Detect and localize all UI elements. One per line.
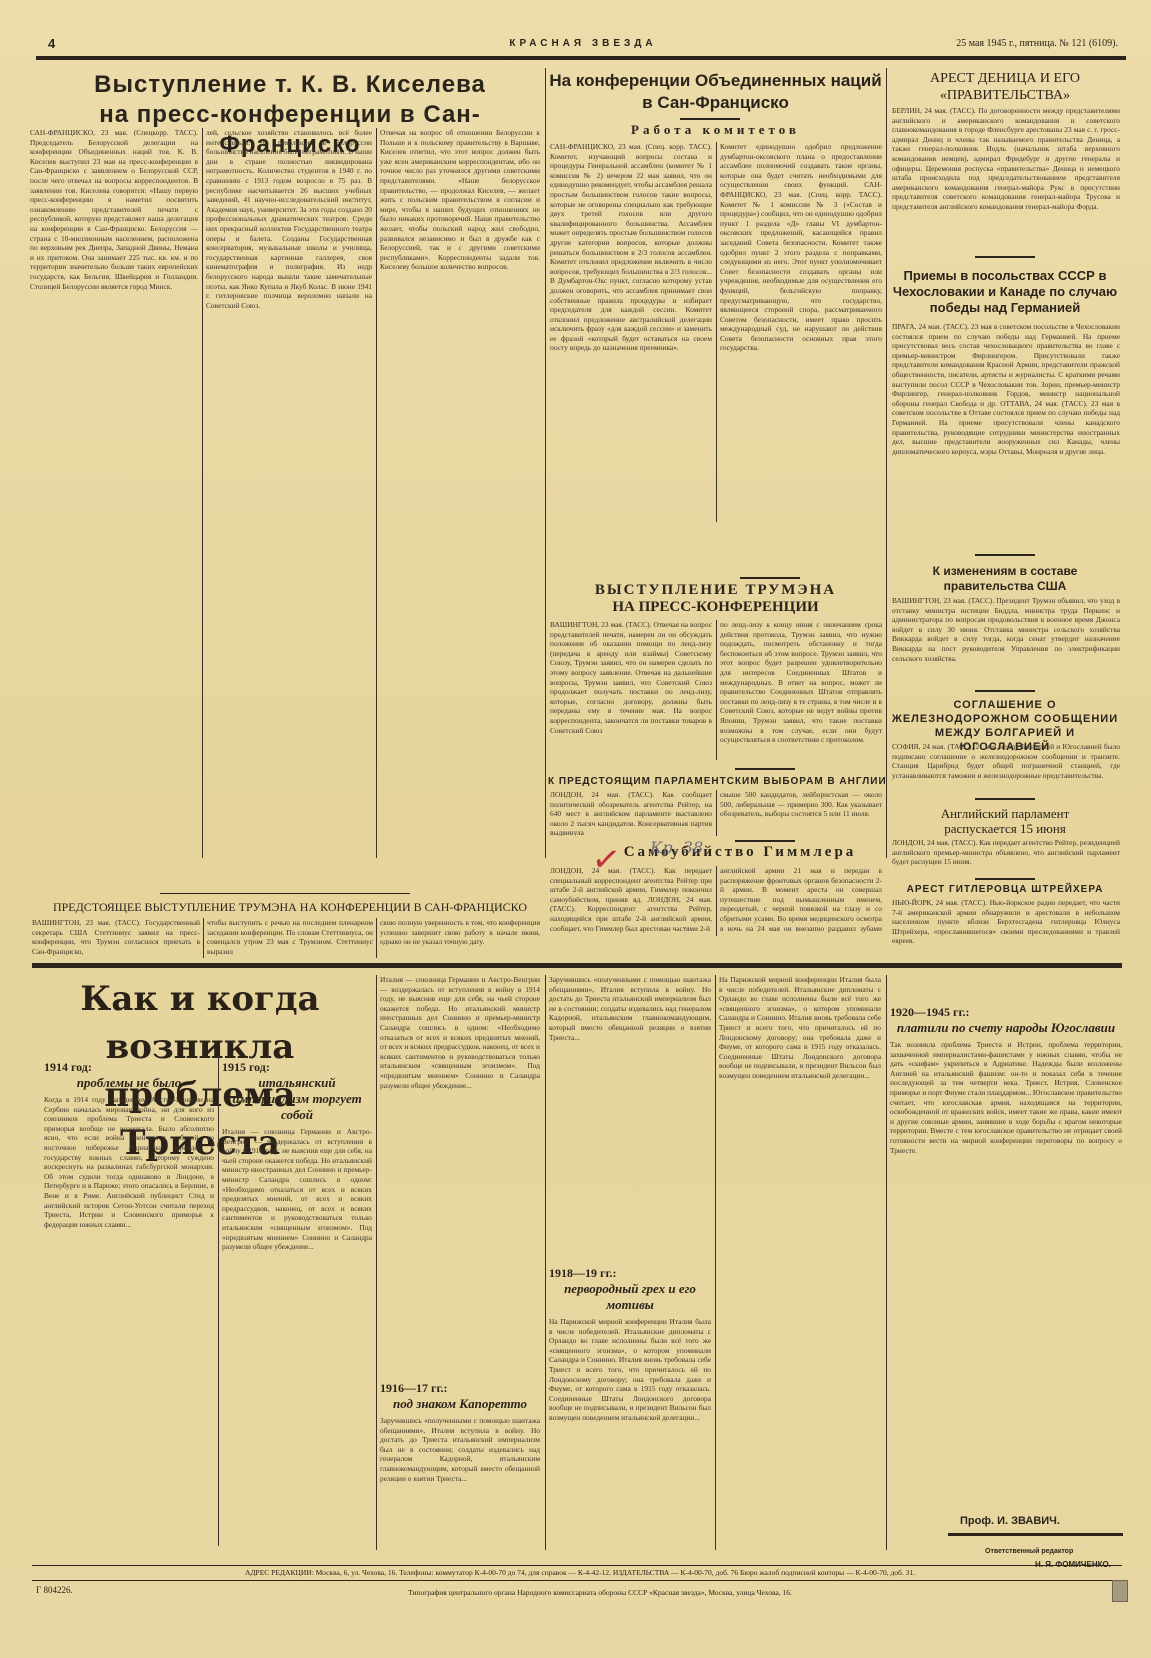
denitz-body: БЕРЛИН, 24 мая. (ТАСС). По договоренност… [892,106,1120,246]
headline-line: в Сан-Франциско [548,92,883,114]
section-year: 1914 год: [44,1060,214,1075]
headline-line: Выступление т. К. В. Киселева [30,70,550,100]
footer-rule [32,1565,1122,1566]
column-divider [886,68,887,858]
section-heading: проблемы не было [44,1075,214,1091]
section-year: 1918—19 гг.: [549,1266,711,1281]
section-heading: итальянский империализм торгует собой [222,1075,372,1123]
section-body: Так возникла проблема Триеста и Истрии, … [890,1040,1122,1155]
column-divider [886,975,887,1550]
un-conference-col-1: САН-ФРАНЦИСКО, 23 мая. (Спец. корр. ТАСС… [550,142,712,522]
truman-press-headline: ВЫСТУПЛЕНИЕ ТРУМЭНА НА ПРЕСС-КОНФЕРЕНЦИИ [548,582,883,616]
masthead-rule [36,56,1126,60]
himmler-col-2: английской армии 21 мая и передан в расп… [720,866,882,936]
printer-info: Типография центрального органа Народного… [250,1588,950,1597]
separator [740,577,800,579]
headline-line: Как и когда возникла [30,975,370,1071]
headline-line: К изменениям в составе [890,564,1120,579]
section-body: На Парижской мирной конференции Италия б… [549,1317,711,1423]
section-heading: первородный грех и его мотивы [549,1281,711,1313]
page-corner-marker [1112,1580,1128,1602]
column-divider [716,866,717,936]
trieste-section-1916: Италия — союзница Германии и Австро-Венг… [380,975,540,1550]
column-divider [545,975,546,1550]
section-year: 1920—1945 гг.: [890,1005,1122,1020]
kiselev-col-1: САН-ФРАНЦИСКО, 23 мая. (Спецкорр. ТАСС).… [30,128,198,858]
section-rule [32,963,1122,968]
column-divider [376,918,377,958]
column-divider [716,790,717,836]
column-divider [715,975,716,1550]
uk-elections-col-2: свыше 500 кандидатов, лейбористская — ок… [720,790,882,836]
section-body-continued: Заручившись «полученными с помощью шанта… [549,975,711,1260]
editorial-address: АДРЕС РЕДАКЦИИ: Москва, 6, ул. Чехова, 1… [40,1568,1120,1577]
column-divider [376,975,377,1550]
section-year: 1915 год: [222,1060,372,1075]
headline-line: распускается 15 июня [890,821,1120,836]
footer-rule [32,1580,1122,1581]
headline-line: правительства США [890,579,1120,594]
receptions-body: ПРАГА, 24 мая. (ТАСС). 23 мая в советско… [892,322,1120,542]
newspaper-page: 4 КРАСНАЯ ЗВЕЗДА 25 мая 1945 г., пятница… [0,0,1151,1658]
headline-line: На конференции Объединенных наций [548,70,883,92]
separator [975,554,1035,556]
column-divider [218,1056,219,1546]
denitz-headline: АРЕСТ ДЕНИЦА И ЕГО «ПРАВИТЕЛЬСТВА» [890,70,1120,104]
uk-elections-headline: К ПРЕДСТОЯЩИМ ПАРЛАМЕНТСКИМ ВЫБОРАМ В АН… [548,776,886,787]
section-body-continued: Италия — союзница Германии и Австро-Венг… [380,975,540,1375]
un-conference-subtitle: Работа комитетов [548,122,883,138]
uk-elections-col-1: ЛОНДОН, 24 мая. (ТАСС). Как сообщает пол… [550,790,712,836]
truman-sf-col-2: чтобы выступить с речью на последнем пле… [207,918,373,958]
section-body: Когда в 1914 году нападением Австро-Венг… [44,1095,214,1229]
separator [975,798,1035,800]
column-divider [376,128,377,858]
handwritten-note: Кр. 38 [650,838,703,857]
us-gov-headline: К изменениям в составе правительства США [890,564,1120,594]
headline-line: «ПРАВИТЕЛЬСТВА» [890,87,1120,104]
headline-line: АРЕСТ ДЕНИЦА И ЕГО [890,70,1120,87]
section-body: Заручившись «полученными с помощью шанта… [380,1416,540,1483]
parliament-headline: Английский парламент распускается 15 июн… [890,806,1120,836]
headline-line: НА ПРЕСС-КОНФЕРЕНЦИИ [548,599,883,616]
receptions-headline: Приемы в посольствах СССР в Чехословакии… [890,268,1120,316]
trieste-col-5: На Парижской мирной конференции Италия б… [719,975,881,1550]
separator [735,768,795,770]
trieste-section-1920: 1920—1945 гг.: платили по счету народы Ю… [890,975,1122,1465]
section-heading: под знаком Капоретто [380,1396,540,1412]
kiselev-col-2: лей, сельское хозяйство становилось всё … [206,128,372,858]
headline-line: ВЫСТУПЛЕНИЕ ТРУМЭНА [548,582,883,599]
column-divider [716,142,717,522]
red-check-mark-icon: ✓ [589,838,623,882]
truman-sf-col-3: свою полную уверенность в том, что конфе… [380,918,540,958]
separator [975,256,1035,258]
trieste-author: Проф. И. ЗВАВИЧ. [960,1515,1060,1527]
separator [975,878,1035,880]
section-year: 1916—17 гг.: [380,1381,540,1396]
parliament-body: ЛОНДОН, 24 мая. (ТАСС). Как передает аге… [892,838,1120,878]
un-conference-headline: На конференции Объединенных наций в Сан-… [548,70,883,114]
trieste-section-1914: 1914 год: проблемы не было Когда в 1914 … [44,1060,214,1550]
railway-body: СОФИЯ, 24 мая. (ТАСС). 21 мая между Болг… [892,742,1120,794]
column-divider [202,128,203,858]
truman-sf-headline: ПРЕДСТОЯЩЕЕ ВЫСТУПЛЕНИЕ ТРУМЭНА НА КОНФЕ… [40,900,540,915]
trieste-section-1918: Заручившись «полученными с помощью шанта… [549,975,711,1550]
separator [975,690,1035,692]
truman-sf-col-1: ВАШИНГТОН, 23 мая. (ТАСС). Государственн… [32,918,200,958]
separator [680,118,740,120]
un-conference-col-2: Комитет единодушно одобрил предложение д… [720,142,882,522]
section-heading: платили по счету народы Югославии [890,1020,1122,1036]
trieste-section-1915: 1915 год: итальянский империализм торгуе… [222,1060,372,1550]
streicher-body: НЬЮ-ЙОРК, 24 мая. (ТАСС). Нью-йоркское р… [892,898,1120,952]
himmler-headline: Самоубийство Гиммлера [600,844,880,861]
separator [160,893,410,894]
kiselev-col-3: Отвечая на вопрос об отношении Белорусси… [380,128,540,858]
column-divider [203,918,204,958]
separator [735,840,795,842]
us-gov-body: ВАШИНГТОН, 23 мая. (ТАСС). Президент Тру… [892,596,1120,686]
separator [948,1533,1123,1536]
truman-press-col-1: ВАШИНГТОН, 23 мая. (ТАСС). Отвечая на во… [550,620,712,760]
column-divider [716,620,717,760]
column-divider [545,68,546,858]
section-body: Италия — союзница Германии и Австро-Венг… [222,1127,372,1252]
censor-code: Г 804226. [36,1585,73,1595]
himmler-col-1: ЛОНДОН, 24 мая. (ТАСС). Как передает спе… [550,866,712,936]
headline-line: Английский парламент [890,806,1120,821]
truman-press-col-2: по ленд-лизу к концу июня с окончанием с… [720,620,882,760]
streicher-headline: АРЕСТ ГИТЛЕРОВЦА ШТРЕЙХЕРА [890,884,1120,895]
editor-label: Ответственный редактор [985,1548,1073,1555]
issue-date: 25 мая 1945 г., пятница. № 121 (6109). [956,38,1118,49]
masthead: 4 КРАСНАЯ ЗВЕЗДА 25 мая 1945 г., пятница… [48,36,1118,54]
